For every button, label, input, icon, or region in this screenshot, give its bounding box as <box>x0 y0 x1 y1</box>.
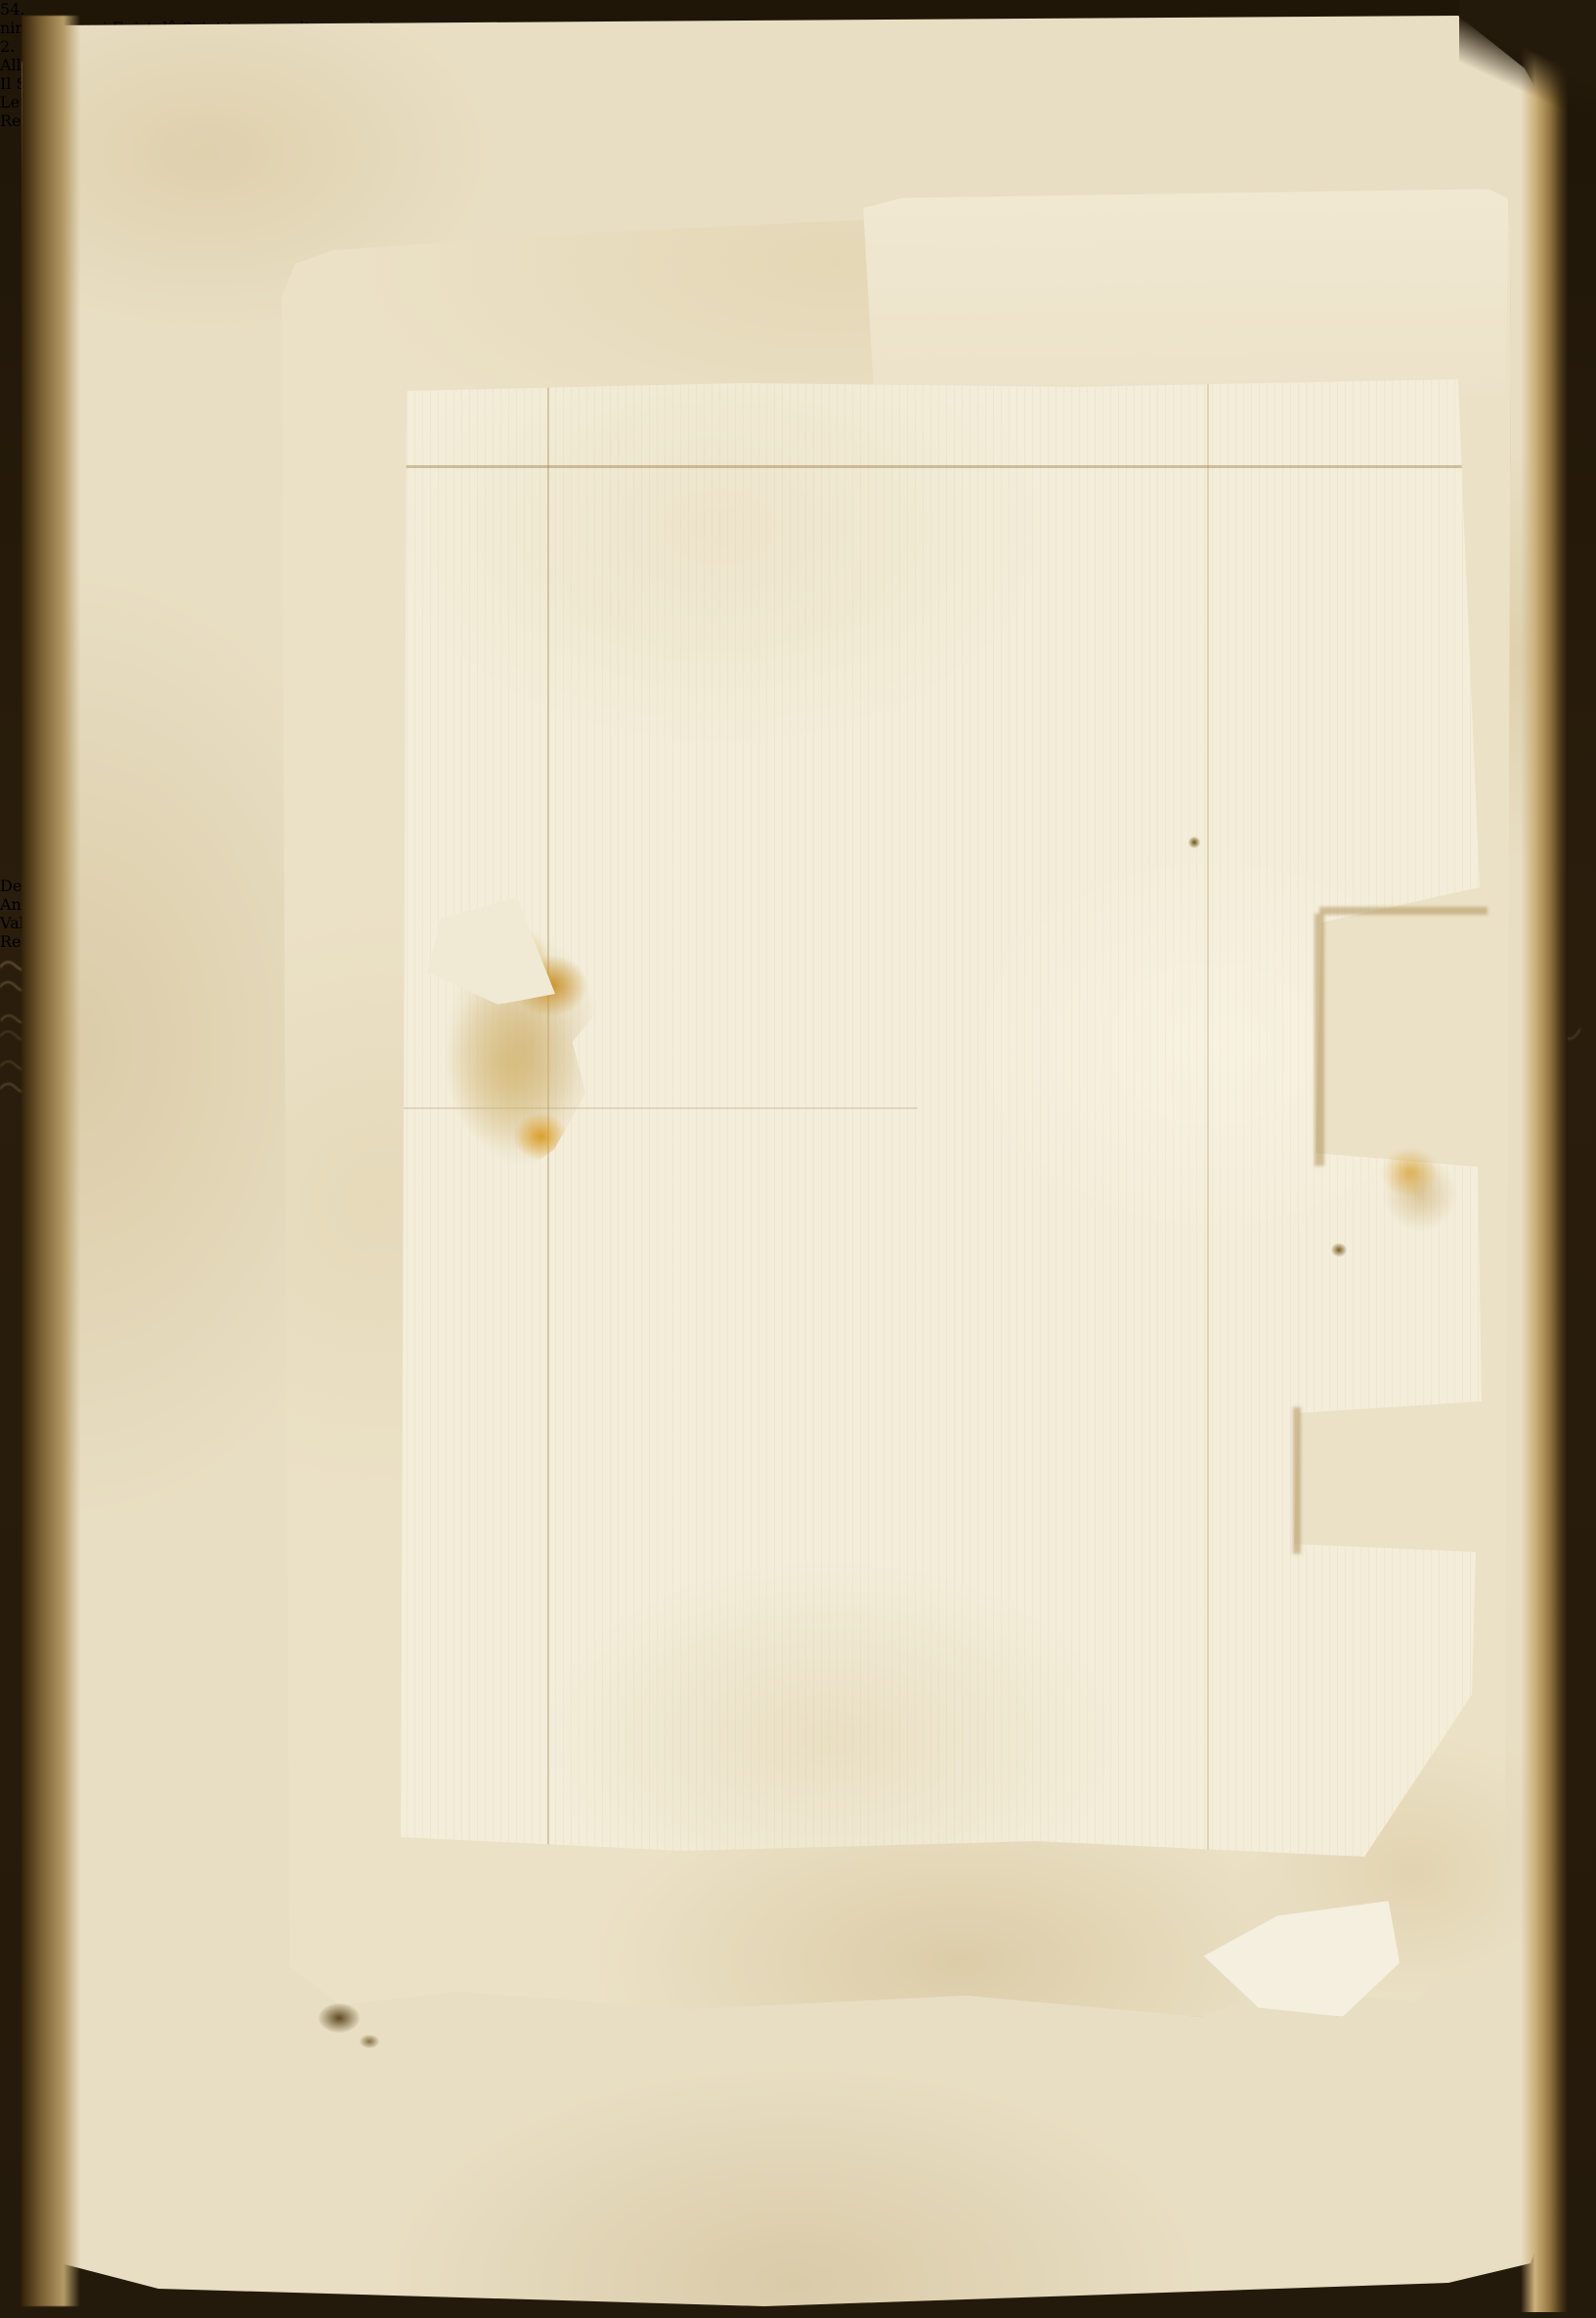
torn-notch-shadow <box>1315 914 1324 1166</box>
ink-blot <box>319 2003 360 2033</box>
torn-top-right-corner <box>1459 0 1596 147</box>
ink-blot <box>1331 1243 1347 1257</box>
letter-upper-fold <box>863 189 1510 408</box>
book-binding-edge <box>22 16 80 2306</box>
ink-blot <box>360 2035 379 2048</box>
torn-notch-shadow <box>1319 907 1488 915</box>
folio-number: 54. <box>0 0 1596 19</box>
wax-stain-right <box>1364 1130 1466 1237</box>
ink-blot <box>1188 837 1200 848</box>
manuscript-scan: 54. nimis fatigavi Epistolâ Sciat tamen … <box>0 0 1596 2318</box>
page-stack-fore-edge <box>1521 10 1568 2312</box>
torn-notch-shadow <box>1293 1407 1301 1554</box>
